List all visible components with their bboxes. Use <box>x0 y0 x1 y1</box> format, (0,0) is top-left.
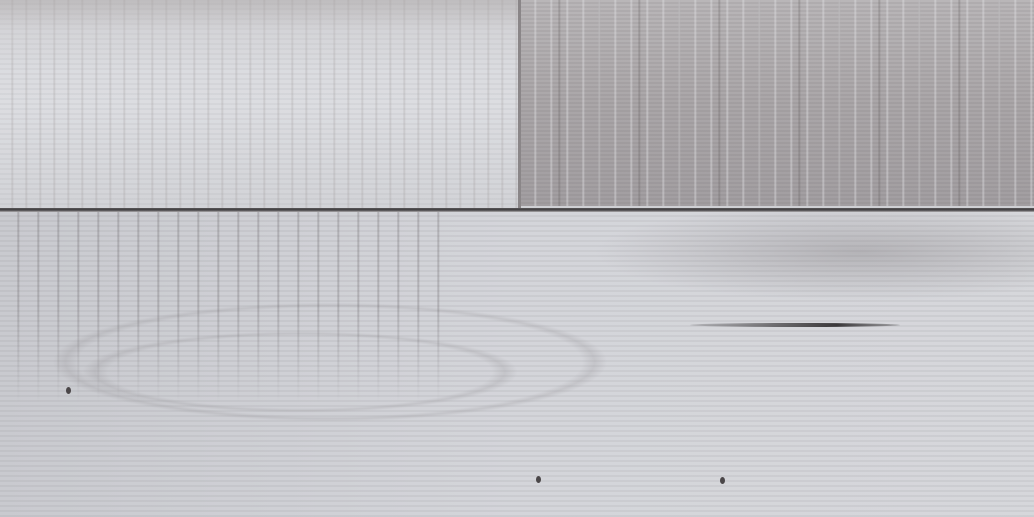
bottom-plank <box>0 212 1034 517</box>
dark-grain-streaks <box>0 212 440 402</box>
wood-crack <box>690 323 900 327</box>
top-right-plank <box>521 0 1034 206</box>
vertical-plank-seam <box>518 0 521 210</box>
wood-knot-mark <box>536 476 541 483</box>
wood-texture-image: Whitewashed distressed wood plank textur… <box>0 0 1034 517</box>
wood-knot-mark <box>66 387 71 394</box>
wood-knot-mark <box>720 477 725 484</box>
top-left-plank <box>0 0 519 210</box>
